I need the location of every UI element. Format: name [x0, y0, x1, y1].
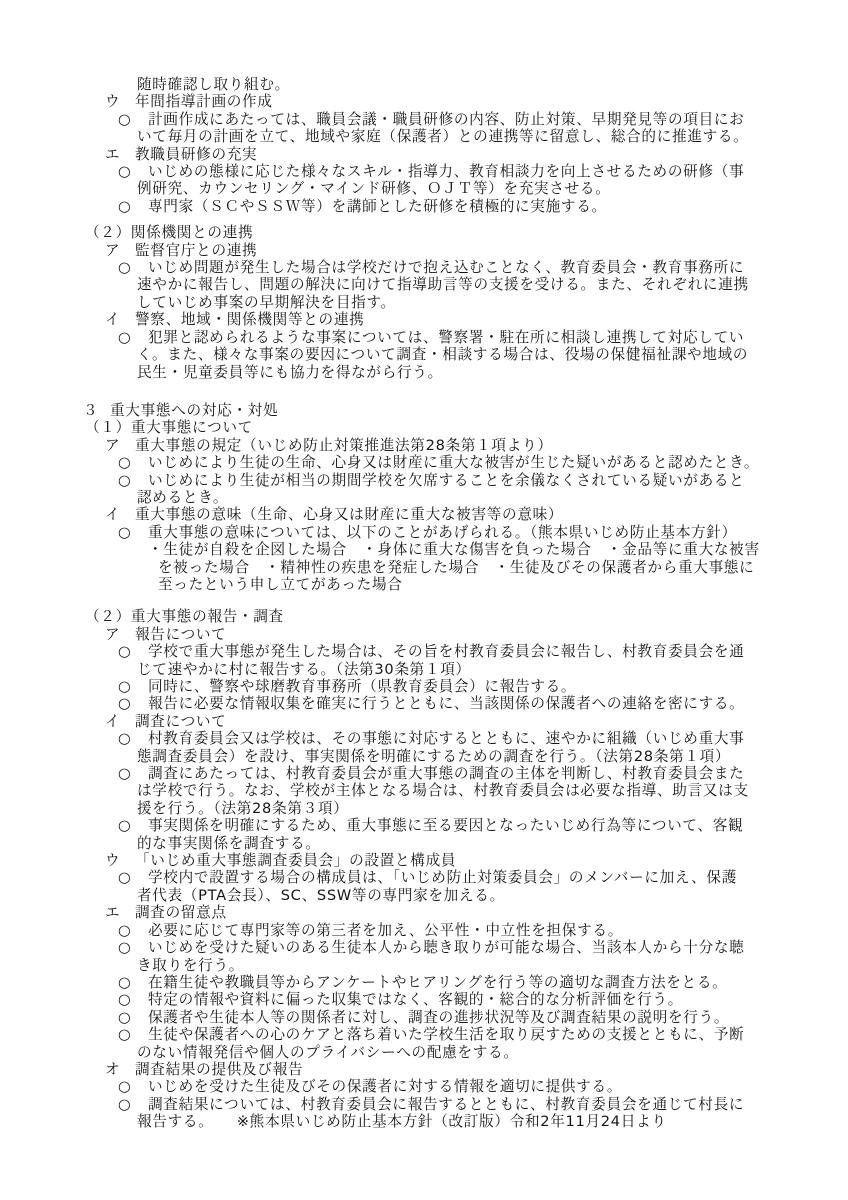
continuation-line: 援を行う。（法第28条第３項） [0, 800, 848, 817]
continuation-line: を被った場合 ・精神性の疾患を発症した場合 ・生徒及びその保護者から重大事態に [0, 559, 848, 576]
bullet-line: ○学校で重大事態が発生した場合は、その旨を村教育委員会に報告し、村教育委員会を通 [0, 643, 848, 660]
line-text: 同時に、警察や球磨教育事務所（県教育委員会）に報告する。 [148, 678, 576, 695]
heading-line: ア重大事態の規定（いじめ防止対策推進法第28条第１項より） [0, 437, 848, 454]
continuation-line: いて毎月の計画を立て、地域や家庭（保護者）との連携等に留意し、総合的に推進する。 [0, 128, 848, 145]
line-text: 生徒や保護者への心のケアと落ち着いた学校生活を取り戻すための支援とともに、予断 [148, 1026, 744, 1043]
line-text: 重大事態について [131, 419, 253, 436]
circle-bullet-marker: ○ [118, 817, 148, 834]
line-text: 者代表（PTA会長）、SC、SSW等の専門家を加える。 [137, 887, 505, 904]
item-number-marker: エ [105, 904, 135, 921]
line-text: 調査の留意点 [135, 904, 227, 921]
circle-bullet-marker: ○ [118, 198, 148, 215]
line-text: 調査結果については、村教育委員会に報告するとともに、村教育委員会を通じて村長に [148, 1096, 744, 1113]
line-text: 報告について [135, 626, 226, 643]
circle-bullet-marker: ○ [118, 111, 148, 128]
line-text: 例研究、カウンセリング・マインド研修、ＯＪＴ等）を充実させる。 [137, 180, 611, 197]
bullet-line: ○生徒や保護者への心のケアと落ち着いた学校生活を取り戻すための支援とともに、予断 [0, 1026, 848, 1043]
bullet-line: ○保護者や生徒本人等の関係者に対し、調査の進捗状況等及び調査結果の説明を行う。 [0, 1009, 848, 1026]
line-text: じて速やかに村に報告する。（法第30条第１項） [137, 661, 471, 678]
line-text: 調査について [135, 713, 226, 730]
circle-bullet-marker: ○ [118, 695, 148, 712]
heading-line: オ調査結果の提供及び報告 [0, 1061, 848, 1078]
line-text: 援を行う。（法第28条第３項） [137, 800, 349, 817]
bullet-line: ○いじめにより生徒の生命、心身又は財産に重大な被害が生じた疑いがあると認めたとき… [0, 454, 848, 471]
item-number-marker: イ [105, 311, 135, 328]
heading-line: ウ「いじめ重大事態調査委員会」の設置と構成員 [0, 852, 848, 869]
document-section: （２）関係機関との連携ア監督官庁との連携○いじめ問題が発生した場合は学校だけで抱… [0, 224, 848, 381]
bullet-line: ○専門家（ＳＣやＳＳＷ等）を講師とした研修を積極的に実施する。 [0, 198, 848, 215]
line-text: 報告する。 ※熊本県いじめ防止基本方針（改訂版）令和2年11月24日より [137, 1113, 667, 1130]
heading-line: イ警察、地域・関係機関等との連携 [0, 311, 848, 328]
continuation-line: 例研究、カウンセリング・マインド研修、ＯＪＴ等）を充実させる。 [0, 180, 848, 197]
continuation-line: き取りを行う。 [0, 957, 848, 974]
line-text: していじめ事案の早期解決を目指す。 [137, 294, 396, 311]
line-text: 関係機関との連携 [131, 224, 253, 241]
item-number-marker: ウ [105, 852, 135, 869]
line-text: 専門家（ＳＣやＳＳＷ等）を講師とした研修を積極的に実施する。 [148, 198, 607, 215]
line-text: いじめの態様に応じた様々なスキル・指導力、教育相談力を向上させるための研修（事 [148, 163, 744, 180]
line-text: 速やかに報告し、問題の解決に向けて指導助言等の支援を受ける。また、それぞれに連携 [137, 276, 749, 293]
bullet-line: ○いじめ問題が発生した場合は学校だけで抱え込むことなく、教育委員会・教育事務所に [0, 259, 848, 276]
bullet-line: ○計画作成にあたっては、職員会議・職員研修の内容、防止対策、早期発見等の項目にお [0, 111, 848, 128]
circle-bullet-marker: ○ [118, 1026, 148, 1043]
bullet-line: ○犯罪と認められるような事案については、警察署・駐在所に相談し連携して対応してい [0, 329, 848, 346]
line-text: 報告に必要な情報収集を確実に行うとともに、当該関係の保護者への連絡を密にする。 [148, 695, 744, 712]
circle-bullet-marker: ○ [118, 643, 148, 660]
item-number-marker: イ [105, 506, 135, 523]
line-text: 重大事態の規定（いじめ防止対策推進法第28条第１項より） [135, 437, 553, 454]
continuation-line: 速やかに報告し、問題の解決に向けて指導助言等の支援を受ける。また、それぞれに連携 [0, 276, 848, 293]
bullet-line: ○いじめにより生徒が相当の期間学校を欠席することを余儀なくされている疑いがあると [0, 472, 848, 489]
item-number-marker: ３ [83, 402, 110, 419]
item-number-marker: ア [105, 626, 135, 643]
bullet-line: ○同時に、警察や球磨教育事務所（県教育委員会）に報告する。 [0, 678, 848, 695]
continuation-line: 態調査委員会）を設け、事実関係を明確にするための調査を行う。（法第28条第１項） [0, 748, 848, 765]
document-section: （２）重大事態の報告・調査ア報告について○学校で重大事態が発生した場合は、その旨… [0, 608, 848, 1130]
bullet-line: ○報告に必要な情報収集を確実に行うとともに、当該関係の保護者への連絡を密にする。 [0, 695, 848, 712]
line-text: く。また、様々な事案の要因について調査・相談する場合は、役場の保健福祉課や地域の [137, 346, 748, 363]
continuation-line: 至ったという申し立てがあった場合 [0, 576, 848, 593]
line-text: 調査結果の提供及び報告 [135, 1061, 303, 1078]
item-number-marker: ア [105, 242, 135, 259]
bullet-line: ○いじめを受けた疑いのある生徒本人から聴き取りが可能な場合、当該本人から十分な聴 [0, 939, 848, 956]
dot-list-line: ・生徒が自殺を企図した場合 ・身体に重大な傷害を負った場合 ・金品等に重大な被害 [0, 541, 848, 558]
bullet-line: ○いじめの態様に応じた様々なスキル・指導力、教育相談力を向上させるための研修（事 [0, 163, 848, 180]
line-text: は学校で行う。なお、学校が主体となる場合は、村教育委員会は必要な指導、助言又は支 [137, 782, 749, 799]
line-text: き取りを行う。 [137, 957, 244, 974]
item-number-marker: ウ [105, 93, 135, 110]
heading-line: エ教職員研修の充実 [0, 146, 848, 163]
line-text: 随時確認し取り組む。 [137, 76, 290, 93]
line-text: 特定の情報や資料に偏った収集ではなく、客観的・総合的な分析評価を行う。 [148, 991, 683, 1008]
bullet-line: ○学校内で設置する場合の構成員は、「いじめ防止対策委員会」のメンバーに加え、保護 [0, 869, 848, 886]
line-text: 犯罪と認められるような事案については、警察署・駐在所に相談し連携して対応してい [148, 329, 744, 346]
circle-bullet-marker: ○ [118, 939, 148, 956]
heading-line: ３重大事態への対応・対処 [0, 402, 848, 419]
document-body: 随時確認し取り組む。ウ年間指導計画の作成○計画作成にあたっては、職員会議・職員研… [0, 76, 848, 1131]
line-text: 警察、地域・関係機関等との連携 [135, 311, 364, 328]
line-text: 教職員研修の充実 [135, 146, 257, 163]
item-number-marker: （１） [85, 419, 131, 436]
item-number-marker: オ [105, 1061, 135, 1078]
continuation-line: は学校で行う。なお、学校が主体となる場合は、村教育委員会は必要な指導、助言又は支 [0, 782, 848, 799]
line-text: 認めるとき。 [137, 489, 228, 506]
line-text: 計画作成にあたっては、職員会議・職員研修の内容、防止対策、早期発見等の項目にお [148, 111, 744, 128]
line-text: 至ったという申し立てがあった場合 [158, 576, 403, 593]
circle-bullet-marker: ○ [118, 163, 148, 180]
item-number-marker: ア [105, 437, 135, 454]
bullet-line: ○いじめを受けた生徒及びその保護者に対する情報を適切に提供する。 [0, 1078, 848, 1095]
line-text: 事実関係を明確にするため、重大事態に至る要因となったいじめ行為等について、客観 [148, 817, 743, 834]
heading-line: ア監督官庁との連携 [0, 242, 848, 259]
circle-bullet-marker: ○ [118, 922, 148, 939]
bullet-line: ○特定の情報や資料に偏った収集ではなく、客観的・総合的な分析評価を行う。 [0, 991, 848, 1008]
item-number-marker: （２） [85, 608, 131, 625]
document-page: 随時確認し取り組む。ウ年間指導計画の作成○計画作成にあたっては、職員会議・職員研… [0, 0, 848, 1200]
circle-bullet-marker: ○ [118, 1096, 148, 1113]
circle-bullet-marker: ○ [118, 329, 148, 346]
continuation-line: していじめ事案の早期解決を目指す。 [0, 294, 848, 311]
line-text: 態調査委員会）を設け、事実関係を明確にするための調査を行う。（法第28条第１項） [137, 748, 730, 765]
circle-bullet-marker: ○ [118, 730, 148, 747]
line-text: 学校内で設置する場合の構成員は、「いじめ防止対策委員会」のメンバーに加え、保護 [148, 869, 737, 886]
line-text: 的な事実関係を調査する。 [137, 835, 321, 852]
line-text: 重大事態の意味（生命、心身又は財産に重大な被害等の意味） [135, 506, 563, 523]
bullet-line: ○村教育委員会又は学校は、その事態に対応するとともに、速やかに組織（いじめ重大事 [0, 730, 848, 747]
heading-line: （２）重大事態の報告・調査 [0, 608, 848, 625]
continuation-line: 認めるとき。 [0, 489, 848, 506]
continuation-line: 民生・児童委員等にも協力を得ながら行う。 [0, 364, 848, 381]
document-section: 随時確認し取り組む。ウ年間指導計画の作成○計画作成にあたっては、職員会議・職員研… [0, 76, 848, 215]
circle-bullet-marker: ○ [118, 454, 148, 471]
document-section: ３重大事態への対応・対処（１）重大事態についてア重大事態の規定（いじめ防止対策推… [0, 402, 848, 593]
line-text: 重大事態の意味については、以下のことがあげられる。（熊本県いじめ防止基本方針） [148, 524, 737, 541]
line-text: 保護者や生徒本人等の関係者に対し、調査の進捗状況等及び調査結果の説明を行う。 [148, 1009, 729, 1026]
heading-line: イ調査について [0, 713, 848, 730]
heading-line: ウ年間指導計画の作成 [0, 93, 848, 110]
bullet-line: ○事実関係を明確にするため、重大事態に至る要因となったいじめ行為等について、客観 [0, 817, 848, 834]
item-number-marker: イ [105, 713, 135, 730]
bullet-line: ○在籍生徒や教職員等からアンケートやヒアリングを行う等の適切な調査方法をとる。 [0, 974, 848, 991]
line-text: 学校で重大事態が発生した場合は、その旨を村教育委員会に報告し、村教育委員会を通 [148, 643, 744, 660]
continuation-line: 報告する。 ※熊本県いじめ防止基本方針（改訂版）令和2年11月24日より [0, 1113, 848, 1130]
line-text: 在籍生徒や教職員等からアンケートやヒアリングを行う等の適切な調査方法をとる。 [148, 974, 727, 991]
continuation-line: 的な事実関係を調査する。 [0, 835, 848, 852]
continuation-line: く。また、様々な事案の要因について調査・相談する場合は、役場の保健福祉課や地域の [0, 346, 848, 363]
item-number-marker: エ [105, 146, 135, 163]
circle-bullet-marker: ○ [118, 259, 148, 276]
circle-bullet-marker: ○ [118, 524, 148, 541]
heading-line: ア報告について [0, 626, 848, 643]
heading-line: （１）重大事態について [0, 419, 848, 436]
line-text: いじめを受けた疑いのある生徒本人から聴き取りが可能な場合、当該本人から十分な聴 [148, 939, 744, 956]
circle-bullet-marker: ○ [118, 472, 148, 489]
line-text: 調査にあたっては、村教育委員会が重大事態の調査の主体を判断し、村教育委員会また [148, 765, 744, 782]
line-text: を被った場合 ・精神性の疾患を発症した場合 ・生徒及びその保護者から重大事態に [158, 559, 754, 576]
bullet-line: ○調査にあたっては、村教育委員会が重大事態の調査の主体を判断し、村教育委員会また [0, 765, 848, 782]
circle-bullet-marker: ○ [118, 1009, 148, 1026]
item-number-marker: （２） [85, 224, 131, 241]
continuation-line: 随時確認し取り組む。 [0, 76, 848, 93]
continuation-line: のない情報発信や個人のプライバシーへの配慮をする。 [0, 1044, 848, 1061]
line-text: いじめ問題が発生した場合は学校だけで抱え込むことなく、教育委員会・教育事務所に [148, 259, 744, 276]
line-text: 監督官庁との連携 [135, 242, 257, 259]
circle-bullet-marker: ○ [118, 869, 148, 886]
heading-line: （２）関係機関との連携 [0, 224, 848, 241]
line-text: ・生徒が自殺を企図した場合 ・身体に重大な傷害を負った場合 ・金品等に重大な被害 [148, 541, 760, 558]
line-text: 村教育委員会又は学校は、その事態に対応するとともに、速やかに組織（いじめ重大事 [148, 730, 744, 747]
line-text: 民生・児童委員等にも協力を得ながら行う。 [137, 364, 443, 381]
line-text: 必要に応じて専門家等の第三者を加え、公平性・中立性を担保する。 [148, 922, 623, 939]
heading-line: イ重大事態の意味（生命、心身又は財産に重大な被害等の意味） [0, 506, 848, 523]
circle-bullet-marker: ○ [118, 678, 148, 695]
continuation-line: 者代表（PTA会長）、SC、SSW等の専門家を加える。 [0, 887, 848, 904]
line-text: 重大事態の報告・調査 [131, 608, 284, 625]
circle-bullet-marker: ○ [118, 991, 148, 1008]
line-text: 重大事態への対応・対処 [110, 402, 278, 419]
bullet-line: ○調査結果については、村教育委員会に報告するとともに、村教育委員会を通じて村長に [0, 1096, 848, 1113]
line-text: 「いじめ重大事態調査委員会」の設置と構成員 [135, 852, 456, 869]
circle-bullet-marker: ○ [118, 765, 148, 782]
line-text: いじめにより生徒が相当の期間学校を欠席することを余儀なくされている疑いがあると [148, 472, 744, 489]
bullet-line: ○重大事態の意味については、以下のことがあげられる。（熊本県いじめ防止基本方針） [0, 524, 848, 541]
circle-bullet-marker: ○ [118, 1078, 148, 1095]
line-text: いじめにより生徒の生命、心身又は財産に重大な被害が生じた疑いがあると認めたとき。 [148, 454, 759, 471]
line-text: いて毎月の計画を立て、地域や家庭（保護者）との連携等に留意し、総合的に推進する。 [137, 128, 748, 145]
heading-line: エ調査の留意点 [0, 904, 848, 921]
line-text: いじめを受けた生徒及びその保護者に対する情報を適切に提供する。 [148, 1078, 622, 1095]
line-text: 年間指導計画の作成 [135, 93, 273, 110]
continuation-line: じて速やかに村に報告する。（法第30条第１項） [0, 661, 848, 678]
bullet-line: ○必要に応じて専門家等の第三者を加え、公平性・中立性を担保する。 [0, 922, 848, 939]
line-text: のない情報発信や個人のプライバシーへの配慮をする。 [137, 1044, 519, 1061]
circle-bullet-marker: ○ [118, 974, 148, 991]
